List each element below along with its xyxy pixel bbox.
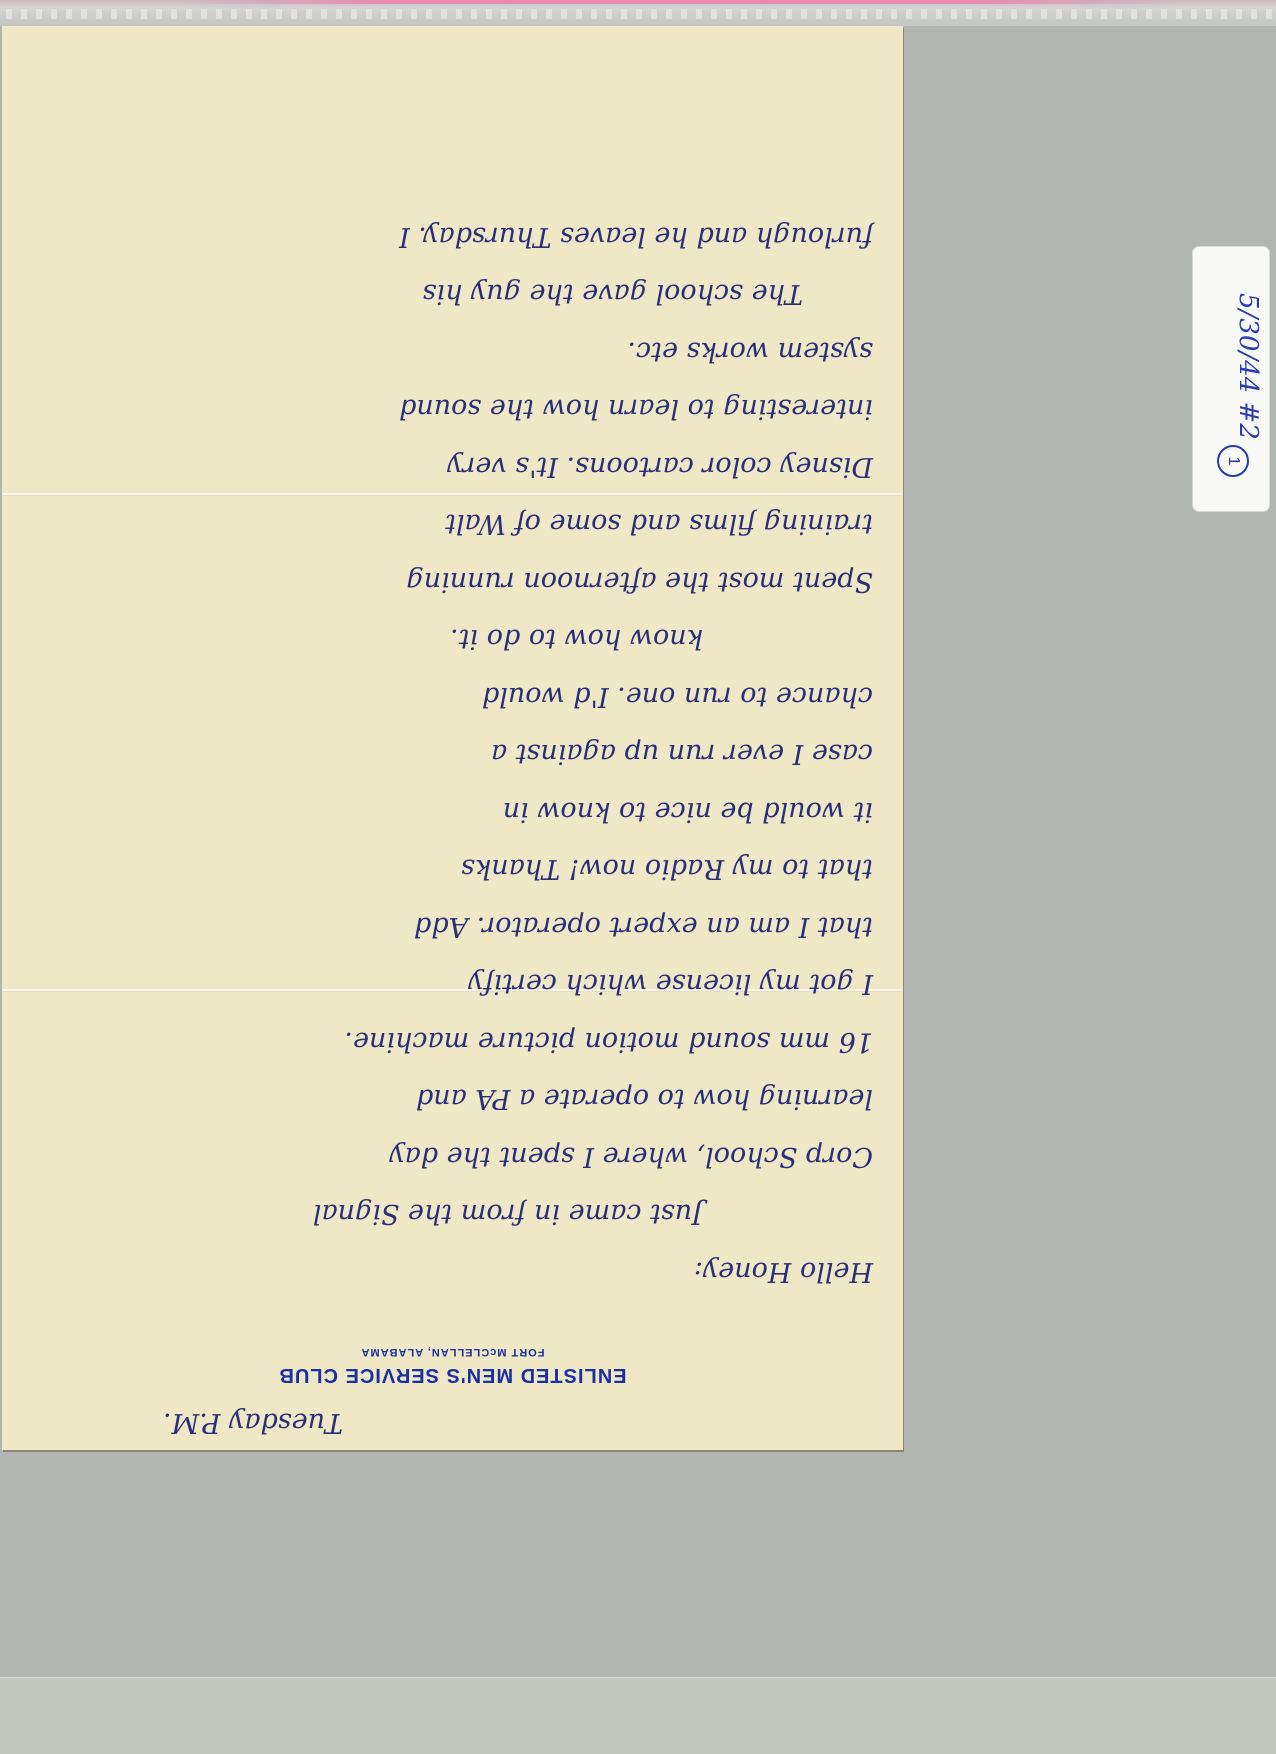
letter-line: it would be nice to know in <box>313 783 873 841</box>
letter-line: The school gave the guy his <box>313 265 873 323</box>
letter-line: chance to run one. I'd would <box>313 668 873 726</box>
letterhead-title: ENLISTED MEN'S SERVICE CLUB <box>2 1363 903 1386</box>
letter-line: Spent most the afternoon running <box>313 553 873 611</box>
letter-line: that I am an expert operator. Add <box>313 898 873 956</box>
letter-line: 16 mm sound motion picture machine. <box>313 1013 873 1071</box>
archival-sleeve-bottom-edge <box>0 1677 1276 1754</box>
letter-line: know how to do it. <box>313 610 873 668</box>
letter-line: that to my Radio now! Thanks <box>313 840 873 898</box>
letter-line: system works etc. <box>313 323 873 381</box>
letter-body: Hello Honey: Just came in from the Signa… <box>313 208 873 1301</box>
letter-line: Just came in from the Signal <box>313 1185 873 1243</box>
sleeve-pink-stripe <box>180 0 1180 4</box>
letter-line: Disney color cartoons. It's very <box>313 438 873 496</box>
archive-date-ref: 5/30/44 #2 <box>1223 293 1263 443</box>
letterhead-subtitle: FORT McCLELLAN, ALABAMA <box>2 1346 903 1358</box>
archive-page-number-circled: 1 <box>1217 445 1249 477</box>
letter-line: learning how to operate a PA and <box>313 1070 873 1128</box>
letter-content-rotated: Tuesday P.M. ENLISTED MEN'S SERVICE CLUB… <box>2 26 903 1450</box>
letter-line: Corp School, where I spent the day <box>313 1128 873 1186</box>
sleeve-punch-holes <box>0 9 1276 19</box>
letter-line: case I ever run up against a <box>313 725 873 783</box>
letter-line: furlough and he leaves Thursday. I <box>313 208 873 266</box>
archive-label-card: 5/30/44 #2 1 <box>1192 246 1270 512</box>
letter-line: I got my license which certify <box>313 955 873 1013</box>
letter-line: interesting to learn how the sound <box>313 380 873 438</box>
letter-date: Tuesday P.M. <box>163 1407 343 1438</box>
letter-line: Hello Honey: <box>313 1243 873 1301</box>
letter-sheet: Tuesday P.M. ENLISTED MEN'S SERVICE CLUB… <box>2 26 903 1450</box>
archival-sleeve-top-edge <box>0 0 1276 26</box>
letter-line: training films and some of Walt <box>313 495 873 553</box>
